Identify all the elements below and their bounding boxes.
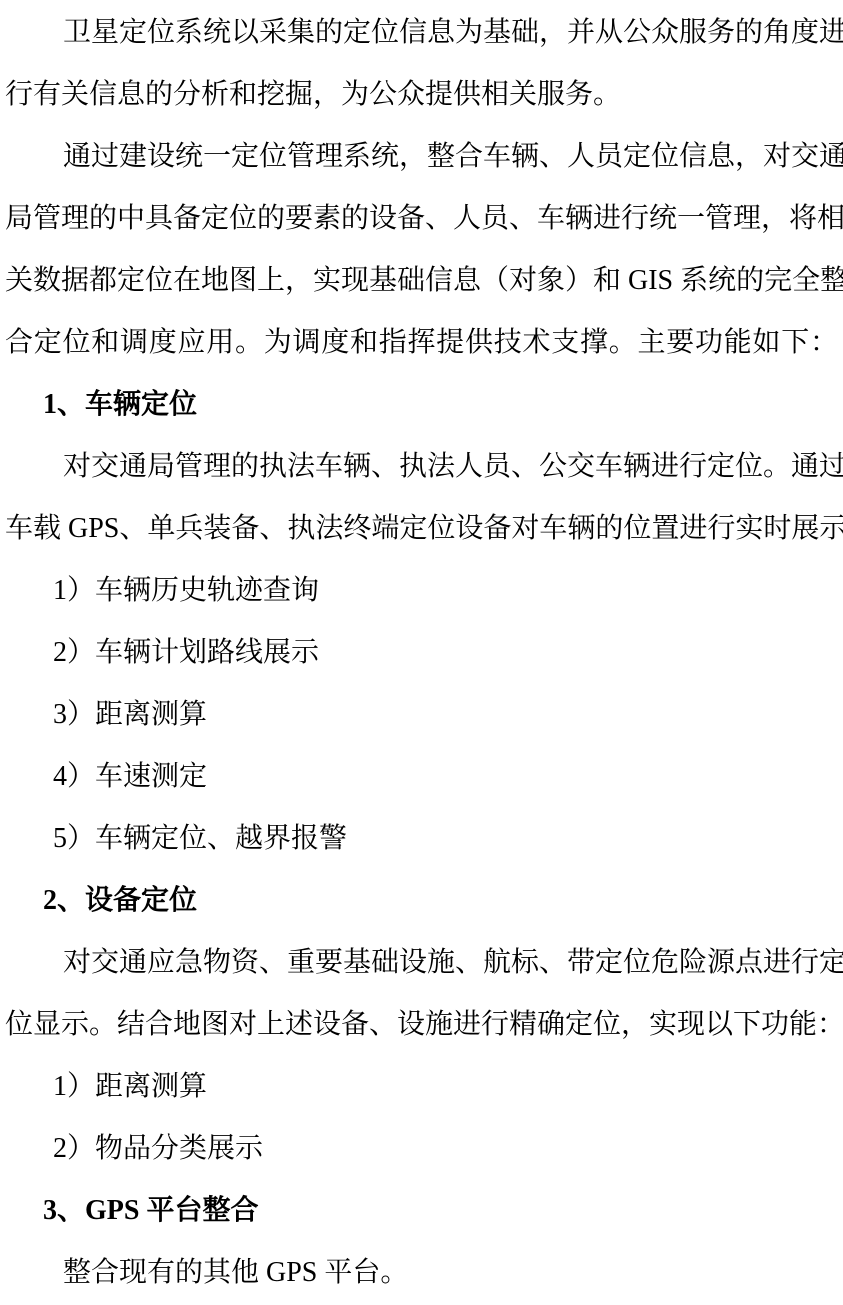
section-heading-gps-platform-integration: 3、GPS 平台整合 — [5, 1180, 838, 1242]
list-item-text: 4）车速测定 — [5, 746, 838, 808]
list-item: 5）车辆定位、越界报警 — [5, 808, 838, 870]
list-item: 2）车辆计划路线展示 — [5, 622, 838, 684]
text-line: 位显示。结合地图对上述设备、设施进行精确定位，实现以下功能： — [5, 994, 838, 1056]
text-line: 局管理的中具备定位的要素的设备、人员、车辆进行统一管理，将相 — [5, 188, 838, 250]
section-heading-equipment-positioning: 2、设备定位 — [5, 870, 838, 932]
text-line: 车载 GPS、单兵装备、执法终端定位设备对车辆的位置进行实时展示。 — [5, 498, 838, 560]
list-item: 1）车辆历史轨迹查询 — [5, 560, 838, 622]
paragraph: 卫星定位系统以采集的定位信息为基础，并从公众服务的角度进 行有关信息的分析和挖掘… — [5, 2, 838, 126]
text-line: 合定位和调度应用。为调度和指挥提供技术支撑。主要功能如下： — [5, 312, 838, 374]
paragraph: 对交通局管理的执法车辆、执法人员、公交车辆进行定位。通过 车载 GPS、单兵装备… — [5, 436, 838, 560]
list-item-text: 2）物品分类展示 — [5, 1118, 838, 1180]
list-item: 3）距离测算 — [5, 684, 838, 746]
heading-text: 3、GPS 平台整合 — [5, 1180, 838, 1242]
text-line: 行有关信息的分析和挖掘，为公众提供相关服务。 — [5, 64, 838, 126]
section-heading-vehicle-positioning: 1、车辆定位 — [5, 374, 838, 436]
text-line: 通过建设统一定位管理系统，整合车辆、人员定位信息，对交通 — [5, 126, 838, 188]
list-item: 1）距离测算 — [5, 1056, 838, 1118]
paragraph: 对交通应急物资、重要基础设施、航标、带定位危险源点进行定 位显示。结合地图对上述… — [5, 932, 838, 1056]
document-page: 卫星定位系统以采集的定位信息为基础，并从公众服务的角度进 行有关信息的分析和挖掘… — [0, 0, 843, 1304]
list-item-text: 1）距离测算 — [5, 1056, 838, 1118]
paragraph: 通过建设统一定位管理系统，整合车辆、人员定位信息，对交通 局管理的中具备定位的要… — [5, 126, 838, 374]
list-item: 2）物品分类展示 — [5, 1118, 838, 1180]
text-line: 对交通局管理的执法车辆、执法人员、公交车辆进行定位。通过 — [5, 436, 838, 498]
paragraph: 整合现有的其他 GPS 平台。 — [5, 1242, 838, 1304]
text-line: 卫星定位系统以采集的定位信息为基础，并从公众服务的角度进 — [5, 2, 838, 64]
list-item-text: 5）车辆定位、越界报警 — [5, 808, 838, 870]
text-line: 对交通应急物资、重要基础设施、航标、带定位危险源点进行定 — [5, 932, 838, 994]
list-item-text: 1）车辆历史轨迹查询 — [5, 560, 838, 622]
text-line: 关数据都定位在地图上，实现基础信息（对象）和 GIS 系统的完全整 — [5, 250, 838, 312]
heading-text: 1、车辆定位 — [5, 374, 838, 436]
text-line: 整合现有的其他 GPS 平台。 — [5, 1242, 838, 1304]
heading-text: 2、设备定位 — [5, 870, 838, 932]
list-item-text: 3）距离测算 — [5, 684, 838, 746]
list-item: 4）车速测定 — [5, 746, 838, 808]
list-item-text: 2）车辆计划路线展示 — [5, 622, 838, 684]
